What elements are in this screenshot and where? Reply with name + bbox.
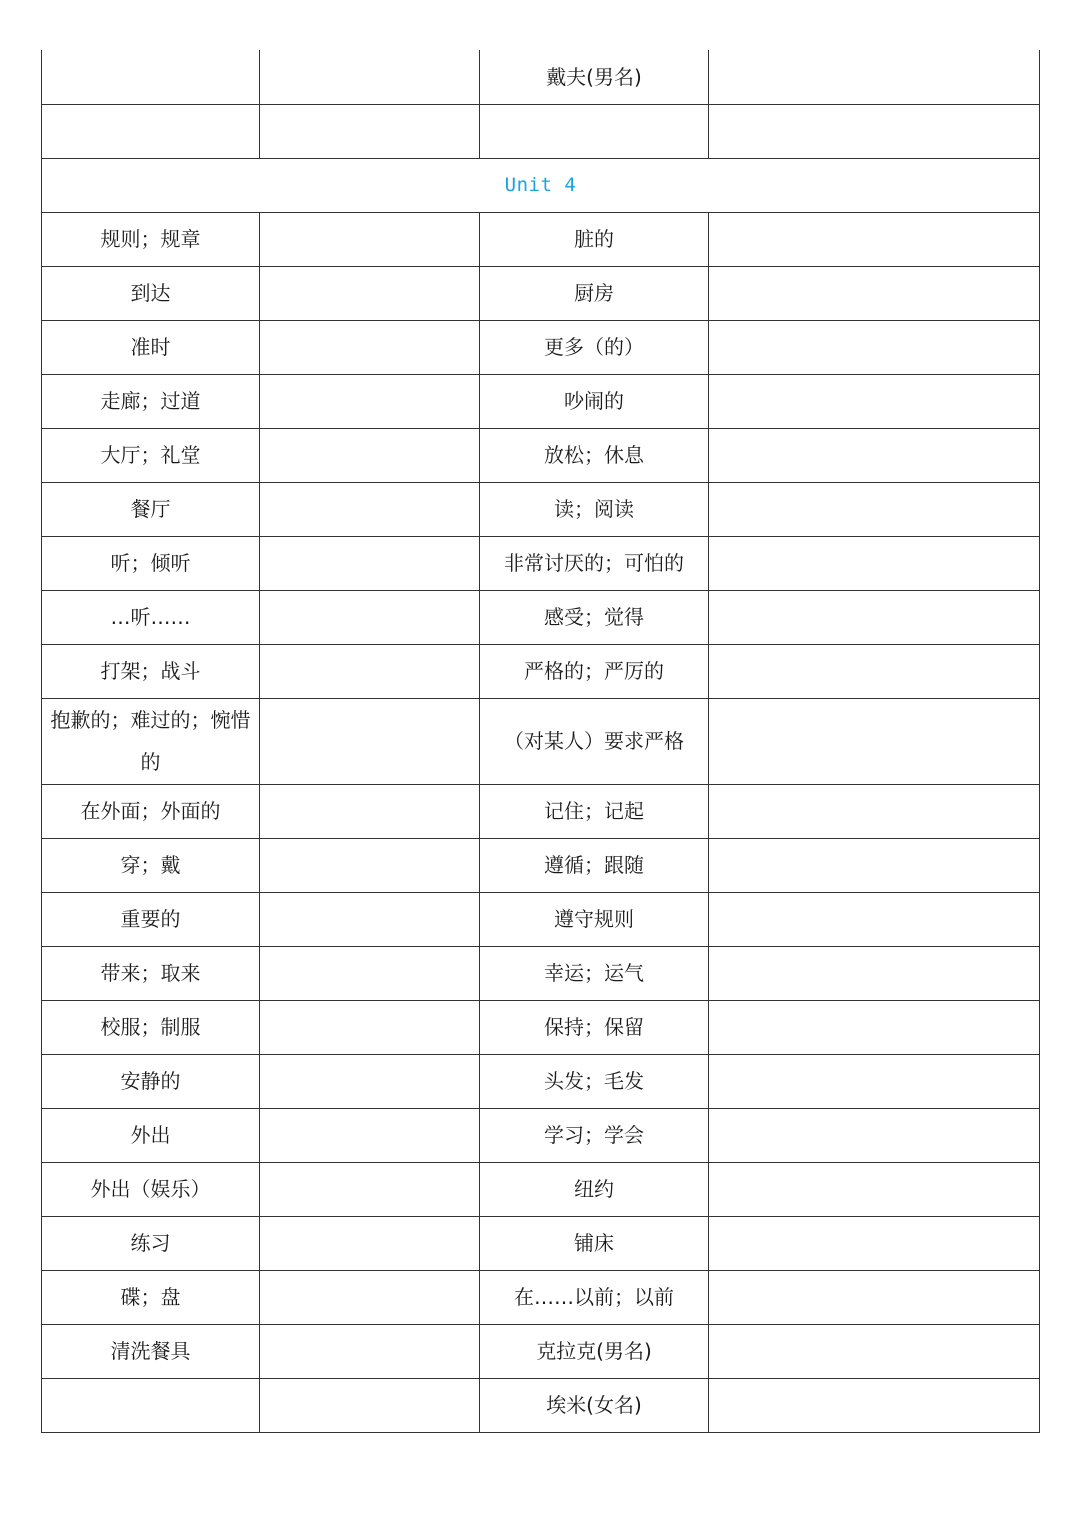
chinese-cell: 在……以前；以前 (480, 1270, 709, 1324)
answer-blank-cell[interactable] (709, 644, 1040, 698)
chinese-cell: 严格的；严厉的 (480, 644, 709, 698)
chinese-cell: 记住；记起 (480, 784, 709, 838)
answer-blank-cell[interactable] (260, 1378, 480, 1432)
chinese-cell: 走廊；过道 (42, 374, 260, 428)
answer-blank-cell[interactable] (260, 320, 480, 374)
answer-blank-cell[interactable] (709, 1378, 1040, 1432)
chinese-cell: 保持；保留 (480, 1000, 709, 1054)
table-row: 在外面；外面的 记住；记起 (42, 784, 1040, 838)
table-row: 碟；盘 在……以前；以前 (42, 1270, 1040, 1324)
chinese-cell: 更多（的） (480, 320, 709, 374)
chinese-cell: 准时 (42, 320, 260, 374)
chinese-cell: 打架；战斗 (42, 644, 260, 698)
table-row: 规则；规章 脏的 (42, 212, 1040, 266)
chinese-cell: 遵循；跟随 (480, 838, 709, 892)
table-row: 外出（娱乐） 纽约 (42, 1162, 1040, 1216)
chinese-cell: 纽约 (480, 1162, 709, 1216)
answer-blank-cell[interactable] (709, 374, 1040, 428)
answer-blank-cell[interactable] (260, 892, 480, 946)
answer-blank-cell[interactable] (709, 482, 1040, 536)
chinese-cell: 克拉克(男名) (480, 1324, 709, 1378)
chinese-cell: 碟；盘 (42, 1270, 260, 1324)
chinese-cell: …听…… (42, 590, 260, 644)
answer-blank-cell[interactable] (709, 104, 1040, 158)
table-row: 准时 更多（的） (42, 320, 1040, 374)
vocabulary-table: 戴夫(男名) Unit 4 规则；规章 脏的 到达 厨房 准时 (41, 50, 1040, 1433)
chinese-cell: 清洗餐具 (42, 1324, 260, 1378)
chinese-cell: 练习 (42, 1216, 260, 1270)
chinese-cell: 规则；规章 (42, 212, 260, 266)
answer-blank-cell[interactable] (709, 1162, 1040, 1216)
answer-blank-cell[interactable] (709, 428, 1040, 482)
answer-blank-cell[interactable] (260, 536, 480, 590)
answer-blank-cell[interactable] (709, 1270, 1040, 1324)
chinese-cell: 带来；取来 (42, 946, 260, 1000)
answer-blank-cell[interactable] (709, 1000, 1040, 1054)
chinese-cell: 穿；戴 (42, 838, 260, 892)
table-row: 餐厅 读；阅读 (42, 482, 1040, 536)
table-row: 大厅；礼堂 放松；休息 (42, 428, 1040, 482)
chinese-cell: 脏的 (480, 212, 709, 266)
answer-blank-cell[interactable] (260, 1054, 480, 1108)
answer-blank-cell[interactable] (709, 536, 1040, 590)
chinese-cell: 重要的 (42, 892, 260, 946)
answer-blank-cell[interactable] (260, 838, 480, 892)
answer-blank-cell[interactable] (709, 50, 1040, 104)
table-row: 重要的 遵守规则 (42, 892, 1040, 946)
table-row: 安静的 头发；毛发 (42, 1054, 1040, 1108)
table-row: 戴夫(男名) (42, 50, 1040, 104)
table-row: 外出 学习；学会 (42, 1108, 1040, 1162)
answer-blank-cell[interactable] (709, 784, 1040, 838)
answer-blank-cell[interactable] (709, 698, 1040, 784)
answer-blank-cell[interactable] (260, 1000, 480, 1054)
table-row: 穿；戴 遵循；跟随 (42, 838, 1040, 892)
answer-blank-cell[interactable] (260, 1270, 480, 1324)
answer-blank-cell[interactable] (260, 104, 480, 158)
answer-blank-cell[interactable] (709, 1216, 1040, 1270)
chinese-cell (42, 1378, 260, 1432)
answer-blank-cell[interactable] (709, 320, 1040, 374)
chinese-cell (42, 50, 260, 104)
chinese-cell (42, 104, 260, 158)
answer-blank-cell[interactable] (260, 784, 480, 838)
answer-blank-cell[interactable] (260, 946, 480, 1000)
answer-blank-cell[interactable] (260, 1324, 480, 1378)
chinese-cell: 到达 (42, 266, 260, 320)
chinese-cell: 遵守规则 (480, 892, 709, 946)
chinese-cell: 埃米(女名) (480, 1378, 709, 1432)
chinese-cell (480, 104, 709, 158)
answer-blank-cell[interactable] (709, 590, 1040, 644)
chinese-cell: 吵闹的 (480, 374, 709, 428)
chinese-cell: 放松；休息 (480, 428, 709, 482)
chinese-cell: 厨房 (480, 266, 709, 320)
table-row: 校服；制服 保持；保留 (42, 1000, 1040, 1054)
table-row: 带来；取来 幸运；运气 (42, 946, 1040, 1000)
chinese-cell: （对某人）要求严格 (480, 698, 709, 784)
answer-blank-cell[interactable] (260, 212, 480, 266)
chinese-cell: 外出（娱乐） (42, 1162, 260, 1216)
table-row: 打架；战斗 严格的；严厉的 (42, 644, 1040, 698)
chinese-cell: 在外面；外面的 (42, 784, 260, 838)
answer-blank-cell[interactable] (709, 1054, 1040, 1108)
table-row: 抱歉的；难过的；惋惜的 （对某人）要求严格 (42, 698, 1040, 784)
unit-header-row: Unit 4 (42, 158, 1040, 212)
table-row: 练习 铺床 (42, 1216, 1040, 1270)
chinese-cell: 外出 (42, 1108, 260, 1162)
chinese-cell: 铺床 (480, 1216, 709, 1270)
chinese-cell: 读；阅读 (480, 482, 709, 536)
answer-blank-cell[interactable] (260, 590, 480, 644)
answer-blank-cell[interactable] (260, 428, 480, 482)
table-row: 埃米(女名) (42, 1378, 1040, 1432)
chinese-cell: 听；倾听 (42, 536, 260, 590)
chinese-cell: 戴夫(男名) (480, 50, 709, 104)
chinese-cell: 校服；制服 (42, 1000, 260, 1054)
chinese-cell: 学习；学会 (480, 1108, 709, 1162)
answer-blank-cell[interactable] (260, 1162, 480, 1216)
answer-blank-cell[interactable] (709, 838, 1040, 892)
answer-blank-cell[interactable] (709, 892, 1040, 946)
table-row: 到达 厨房 (42, 266, 1040, 320)
answer-blank-cell[interactable] (709, 1324, 1040, 1378)
answer-blank-cell[interactable] (260, 374, 480, 428)
unit-title: Unit 4 (42, 158, 1040, 212)
answer-blank-cell[interactable] (260, 1216, 480, 1270)
table-row: …听…… 感受；觉得 (42, 590, 1040, 644)
answer-blank-cell[interactable] (260, 644, 480, 698)
answer-blank-cell[interactable] (260, 482, 480, 536)
table-row: 听；倾听 非常讨厌的；可怕的 (42, 536, 1040, 590)
chinese-cell: 餐厅 (42, 482, 260, 536)
answer-blank-cell[interactable] (260, 698, 480, 784)
answer-blank-cell[interactable] (709, 1108, 1040, 1162)
answer-blank-cell[interactable] (260, 266, 480, 320)
chinese-cell: 非常讨厌的；可怕的 (480, 536, 709, 590)
chinese-cell: 大厅；礼堂 (42, 428, 260, 482)
answer-blank-cell[interactable] (709, 266, 1040, 320)
table-row (42, 104, 1040, 158)
table-row: 清洗餐具 克拉克(男名) (42, 1324, 1040, 1378)
answer-blank-cell[interactable] (709, 212, 1040, 266)
chinese-cell: 抱歉的；难过的；惋惜的 (42, 698, 260, 784)
answer-blank-cell[interactable] (260, 1108, 480, 1162)
table-row: 走廊；过道 吵闹的 (42, 374, 1040, 428)
chinese-cell: 安静的 (42, 1054, 260, 1108)
chinese-cell: 幸运；运气 (480, 946, 709, 1000)
chinese-cell: 感受；觉得 (480, 590, 709, 644)
chinese-cell: 头发；毛发 (480, 1054, 709, 1108)
answer-blank-cell[interactable] (709, 946, 1040, 1000)
answer-blank-cell[interactable] (260, 50, 480, 104)
